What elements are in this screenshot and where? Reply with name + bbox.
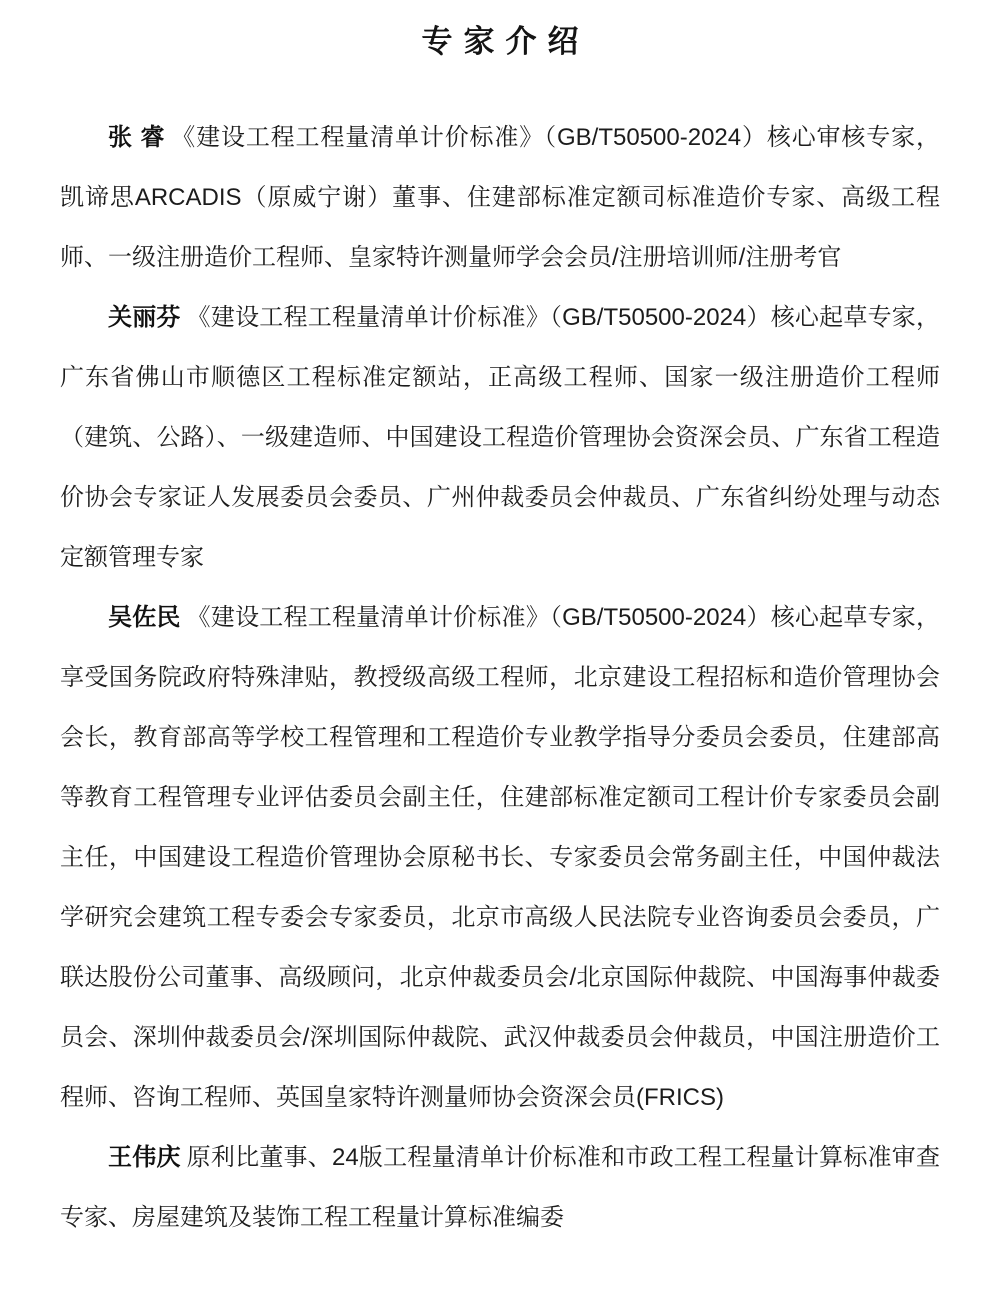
expert-name: 关丽芬 <box>108 304 187 331</box>
document-page: 专家介绍 张 睿《建设工程工程量清单计价标准》（GB/T50500-2024）核… <box>0 0 1000 1307</box>
expert-paragraph-wangweiqing: 王伟庆原利比董事、24版工程量清单计价标准和市政工程工程量计算标准审查专家、房屋… <box>60 1128 940 1248</box>
expert-name: 张 睿 <box>108 124 171 151</box>
expert-paragraph-wuzuomin: 吴佐民《建设工程工程量清单计价标准》（GB/T50500-2024）核心起草专家… <box>60 588 940 1128</box>
document-body: 张 睿《建设工程工程量清单计价标准》（GB/T50500-2024）核心审核专家… <box>60 108 940 1248</box>
expert-bio-text: 《建设工程工程量清单计价标准》（GB/T50500-2024）核心起草专家，享受… <box>60 604 940 1111</box>
expert-paragraph-guanlifen: 关丽芬《建设工程工程量清单计价标准》（GB/T50500-2024）核心起草专家… <box>60 288 940 588</box>
expert-bio-text: 《建设工程工程量清单计价标准》（GB/T50500-2024）核心起草专家，广东… <box>60 304 940 571</box>
expert-name: 王伟庆 <box>108 1144 187 1171</box>
page-title: 专家介绍 <box>60 22 940 62</box>
expert-bio-text: 原利比董事、24版工程量清单计价标准和市政工程工程量计算标准审查专家、房屋建筑及… <box>60 1144 940 1231</box>
expert-name: 吴佐民 <box>108 604 187 631</box>
expert-bio-text: 《建设工程工程量清单计价标准》（GB/T50500-2024）核心审核专家，凯谛… <box>60 124 940 271</box>
expert-paragraph-zhangrui: 张 睿《建设工程工程量清单计价标准》（GB/T50500-2024）核心审核专家… <box>60 108 940 288</box>
